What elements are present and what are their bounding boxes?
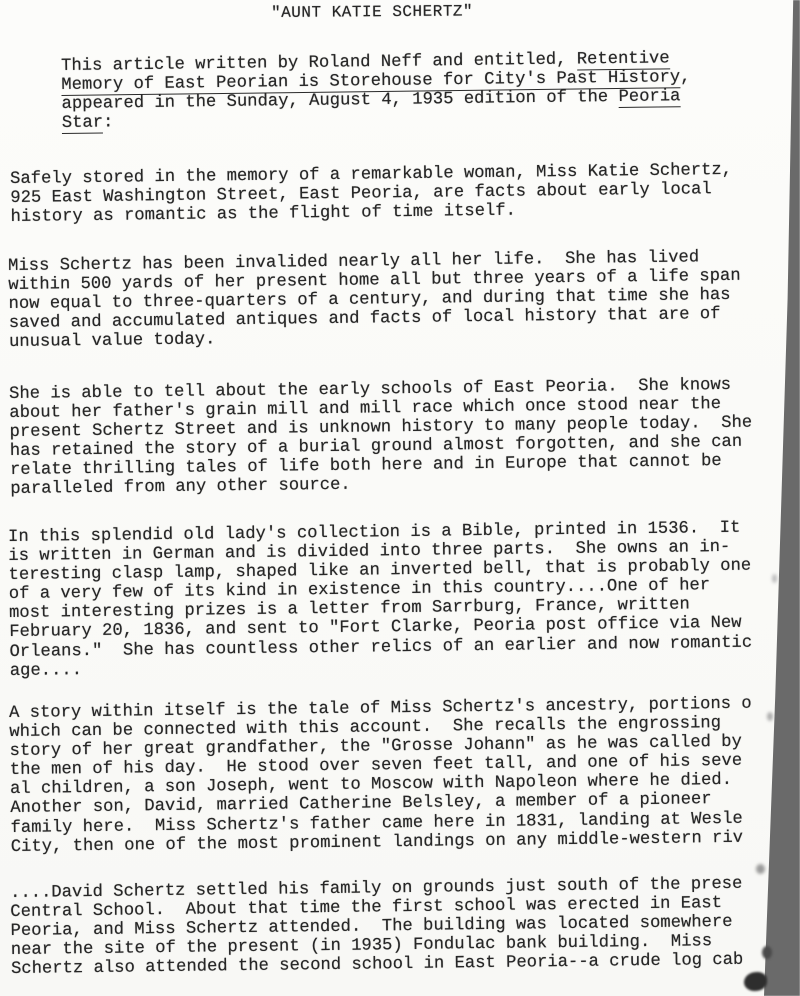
paragraph-david-schertz: ....David Schertz settled his family on … bbox=[10, 875, 743, 980]
text-segment: : bbox=[103, 114, 114, 133]
underlined-text: Star bbox=[62, 114, 104, 135]
scan-speckle bbox=[762, 946, 772, 959]
underlined-text: Peoria bbox=[618, 87, 680, 108]
paragraph-invalided-life: Miss Schertz has been invalided nearly a… bbox=[8, 248, 741, 353]
scan-speckle bbox=[772, 574, 777, 583]
document-title: "AUNT KATIE SCHERTZ" bbox=[271, 2, 473, 22]
scan-speckle bbox=[744, 972, 767, 991]
paragraph-collection-bible: In this splendid old lady's collection i… bbox=[8, 519, 752, 681]
text-segment: age.... bbox=[10, 661, 82, 681]
paragraph-safely-stored: Safely stored in the memory of a remarka… bbox=[10, 161, 733, 227]
scanned-document-page: "AUNT KATIE SCHERTZ" This article writte… bbox=[0, 0, 800, 996]
paragraph-ancestry: A story within itself is the tale of Mis… bbox=[9, 695, 753, 857]
underlined-text: Retentive bbox=[577, 49, 670, 70]
scan-speckle bbox=[767, 712, 773, 721]
intro-paragraph: This article written by Roland Neff and … bbox=[61, 49, 691, 133]
text-segment: paralleled from any other source. bbox=[10, 476, 351, 499]
scan-speckle bbox=[756, 864, 765, 874]
text-segment: unusual value today. bbox=[9, 331, 216, 353]
paragraph-early-schools: She is able to tell about the early scho… bbox=[9, 376, 753, 500]
text-segment: , bbox=[680, 68, 691, 87]
